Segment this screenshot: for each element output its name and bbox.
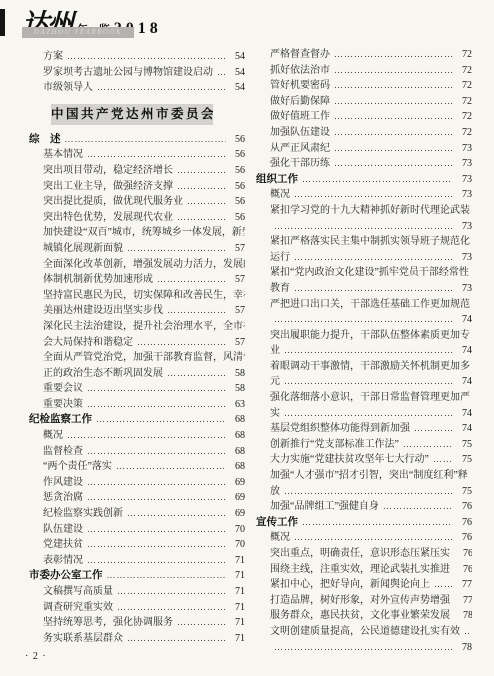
toc-section-entry: 市委办公室工作………………………………………………………………………………………… xyxy=(29,568,245,584)
toc-entry: 加强队伍建设…………………………………………………………………………………………… xyxy=(256,125,472,141)
toc-entry: 基层党组织整体功能得到新加强……………………………………………………………………… xyxy=(256,421,472,437)
section-title-box: 中国共产党达州市委员会 xyxy=(51,104,213,125)
leader-dots: ………………………………………………………………………………………………………… xyxy=(87,490,226,506)
page-number: 68 xyxy=(229,412,245,428)
toc-entry: 从严正风肃纪…………………………………………………………………………………………… xyxy=(256,141,472,157)
page-number: 57 xyxy=(229,303,245,319)
entry-title: 加强“人才强市”招才引智，突出“制度红利”释 xyxy=(270,468,468,484)
leader-dots: ………………………………………………………………………………………………………… xyxy=(434,577,453,593)
page-number: 71 xyxy=(229,615,245,631)
page-number: 76 xyxy=(457,546,472,562)
entry-title-continued: 会大局保持和谐稳定 xyxy=(43,335,133,351)
page-number: 73 xyxy=(456,250,472,266)
entry-title: 围绕主线，注重实效，理论武装扎实推进 xyxy=(270,562,450,578)
entry-title: 概况 xyxy=(270,187,290,203)
leader-dots: ………………………………………………………………………………………………………… xyxy=(127,631,226,647)
toc-entry: 重要会议………………………………………………………………………………………………… xyxy=(29,381,245,397)
page-number: 72 xyxy=(456,125,472,141)
entry-title: 坚持富民惠民为民，切实保障和改善民生，幸福 xyxy=(43,288,245,304)
leader-dots: ………………………………………………………………………………………………………… xyxy=(97,80,226,96)
page-number: 71 xyxy=(229,553,245,569)
page-number: 72 xyxy=(456,78,472,94)
toc-entry: 方案……………………………………………………………………………………………………… xyxy=(29,49,245,65)
page-number: 56 xyxy=(229,163,245,179)
toc-entry: 重要决策………………………………………………………………………………………………… xyxy=(29,397,245,413)
page-number: 71 xyxy=(229,631,245,647)
entry-title: 大力实施“党建扶贫攻坚年七大行动” xyxy=(270,452,429,468)
entry-title: 市级领导人 xyxy=(43,80,93,96)
entry-title: 调查研究重实效 xyxy=(43,600,113,616)
leader-dots: ………………………………………………………………………………………………………… xyxy=(67,428,226,444)
entry-title: 务实联系基层群众 xyxy=(43,631,123,647)
leader-dots: ………………………………………………………………………………………………………… xyxy=(334,141,453,157)
leader-dots: ………………………………………………………………………………………………………… xyxy=(157,272,226,288)
entry-title: 紧扣学习党的十九大精神抓好新时代理论武装 xyxy=(270,203,470,219)
page-number: 73 xyxy=(456,141,472,157)
section-title: 中国共产党达州市委员会 xyxy=(51,107,213,121)
page-number: 73 xyxy=(456,156,472,172)
page-number: 77 xyxy=(457,593,472,609)
entry-title: 罗家坝考古遗址公园与博物馆建设启动 xyxy=(43,65,213,81)
binding-scan-mark xyxy=(0,9,5,36)
masthead-banner: DAZHOU YEARBOOK xyxy=(22,27,134,38)
leader-dots: ………………………………………………………………………………………………………… xyxy=(334,63,453,79)
leader-dots: ………………………………………………………………………………………………………… xyxy=(334,47,453,63)
entry-title: 抓好依法治市 xyxy=(270,63,330,79)
leader-dots: ………………………………………………………………………………………………………… xyxy=(284,484,453,500)
page-number: 78 xyxy=(457,608,472,624)
toc-entry: 做好后勤保障…………………………………………………………………………………………… xyxy=(256,94,472,110)
page-number: 73 xyxy=(456,281,472,297)
entry-title-continued: 实 xyxy=(270,406,280,422)
entry-title: 文稿撰写高质量 xyxy=(43,584,113,600)
toc-section-entry: 纪检监察工作…………………………………………………………………………………………… xyxy=(29,412,245,428)
entry-title: 重要会议 xyxy=(43,381,83,397)
page-number: 54 xyxy=(229,65,245,81)
leader-dots: ………………………………………………………………………………………………………… xyxy=(294,281,453,297)
leader-dots: ………………………………………………………………………………………………………… xyxy=(274,312,453,328)
toc-entry: 打造品牌，树好形象，对外宣传声势增强…………………………………………………………… xyxy=(256,593,472,609)
page-number: 56 xyxy=(229,179,245,195)
page-number: 72 xyxy=(456,109,472,125)
toc-entry: 紧扣“党内政治文化建设”抓牢党员干部经常性教育……………………………………………… xyxy=(256,265,472,296)
page-number: 56 xyxy=(229,147,245,163)
toc-entry: 管好机要密码…………………………………………………………………………………………… xyxy=(256,78,472,94)
entry-title: 作风建设 xyxy=(43,475,83,491)
toc-entry: 监督检查………………………………………………………………………………………………… xyxy=(29,444,245,460)
leader-dots: ………………………………………………………………………………………………………… xyxy=(403,437,453,453)
leader-dots: ………………………………………………………………………………………………………… xyxy=(87,147,226,163)
entry-title: 紧扣严格落实民主集中制抓实领导班子规范化 xyxy=(270,234,470,250)
entry-title-continued: 城镇化展现新面貌 xyxy=(43,241,123,257)
leader-dots: ………………………………………………………………………………………………………… xyxy=(217,65,226,81)
leader-dots: ………………………………………………………………………………………………………… xyxy=(274,640,453,656)
entry-title: 打造品牌，树好形象，对外宣传声势增强 xyxy=(270,593,450,609)
entry-title: 基本情况 xyxy=(43,147,83,163)
leader-dots: ………………………………………………………………………………………………………… xyxy=(383,499,453,515)
entry-title: 文明创建质量提高，公民道德建设扎实有效 xyxy=(270,624,460,640)
page-number-footer: · 2 · xyxy=(25,651,47,662)
toc-entry: 抓好依法治市…………………………………………………………………………………………… xyxy=(256,63,472,79)
entry-title: 组织工作 xyxy=(256,172,298,188)
toc-entry: 罗家坝考古遗址公园与博物馆建设启动……………………………………………………………… xyxy=(29,65,245,81)
page-number: 54 xyxy=(229,80,245,96)
page-number: 74 xyxy=(456,312,472,328)
yearbook-toc-page: 达州 年 鉴 2018 DAZHOU YEARBOOK 方案…………………………… xyxy=(0,0,494,676)
toc-entry-list: 方案……………………………………………………………………………………………………… xyxy=(29,49,245,96)
entry-title: 队伍建设 xyxy=(43,522,83,538)
entry-title: 服务群众，惠民扶贫，文化事业繁荣发展 xyxy=(270,608,450,624)
entry-title-continued: 放 xyxy=(270,484,280,500)
toc-entry: 围绕主线，注重实效，理论武装扎实推进…………………………………………………………… xyxy=(256,562,472,578)
leader-dots: ………………………………………………………………………………………………………… xyxy=(464,624,469,640)
entry-title: 惩贪治腐 xyxy=(43,490,83,506)
page-number: 71 xyxy=(229,568,245,584)
entry-title: 纪检监察实践创新 xyxy=(43,506,123,522)
toc-entry: 严格督查督办…………………………………………………………………………………………… xyxy=(256,47,472,63)
entry-title-continued: 业 xyxy=(270,343,280,359)
toc-entry: 全面深化改革创新，增强发展动力活力，发展的体制机制新优势加速形成……………………… xyxy=(29,257,245,288)
leader-dots: ………………………………………………………………………………………………………… xyxy=(414,421,453,437)
leader-dots: ………………………………………………………………………………………………………… xyxy=(127,506,226,522)
page-number: 71 xyxy=(229,600,245,616)
toc-entry: 服务群众，惠民扶贫，文化事业繁荣发展…………………………………………………………… xyxy=(256,608,472,624)
entry-title: 突出提比提质，做优现代服务业 xyxy=(43,194,183,210)
entry-title: 突出项目带动，稳定经济增长 xyxy=(43,163,173,179)
leader-dots: ………………………………………………………………………………………………………… xyxy=(87,475,226,491)
leader-dots: ………………………………………………………………………………………………………… xyxy=(87,522,226,538)
entry-title-continued: 美丽达州建设迈出坚实步伐 xyxy=(43,303,163,319)
toc-entry: 调查研究重实效………………………………………………………………………………………… xyxy=(29,600,245,616)
leader-dots: ………………………………………………………………………………………………………… xyxy=(65,132,227,148)
entry-title: 做好后勤保障 xyxy=(270,94,330,110)
toc-entry-list: 综 述…………………………………………………………………………………………………… xyxy=(29,132,245,647)
leader-dots: ………………………………………………………………………………………………………… xyxy=(284,374,453,390)
page-number: 74 xyxy=(456,343,472,359)
page-number: 68 xyxy=(229,428,245,444)
toc-entry: 突出工业主导，做强经济支撑………………………………………………………………………… xyxy=(29,179,245,195)
toc-entry: 严把进口出口关，干部选任基础工作更加规范……………………………………………………… xyxy=(256,297,472,328)
page-number: 69 xyxy=(229,506,245,522)
leader-dots: ………………………………………………………………………………………………………… xyxy=(177,163,226,179)
leader-dots: ………………………………………………………………………………………………………… xyxy=(137,335,226,351)
page-number: 63 xyxy=(229,397,245,413)
entry-title: “两个责任”落实 xyxy=(43,459,112,475)
leader-dots: ………………………………………………………………………………………………………… xyxy=(177,615,226,631)
leader-dots: ………………………………………………………………………………………………………… xyxy=(334,78,453,94)
leader-dots: ………………………………………………………………………………………………………… xyxy=(116,459,226,475)
toc-entry: 做好值班工作…………………………………………………………………………………………… xyxy=(256,109,472,125)
page-number: 72 xyxy=(456,94,472,110)
page-number: 68 xyxy=(229,444,245,460)
entry-title: 概况 xyxy=(43,428,63,444)
toc-entry: 概况……………………………………………………………………………………………………… xyxy=(29,428,245,444)
toc-entry: 概况……………………………………………………………………………………………………… xyxy=(256,187,472,203)
toc-entry: 紧扣中心，把好导向，新闻舆论向上………………………………………………………………… xyxy=(256,577,472,593)
entry-title: 突出工业主导，做强经济支撑 xyxy=(43,179,173,195)
page-number: 72 xyxy=(456,63,472,79)
toc-entry: 突出项目带动，稳定经济增长………………………………………………………………………… xyxy=(29,163,245,179)
page-number: 56 xyxy=(229,210,245,226)
page-number: 76 xyxy=(456,530,472,546)
leader-dots: ………………………………………………………………………………………………………… xyxy=(87,553,226,569)
entry-title: 做好值班工作 xyxy=(270,109,330,125)
page-number: 57 xyxy=(229,272,245,288)
page-number: 77 xyxy=(456,577,472,593)
leader-dots: ………………………………………………………………………………………………………… xyxy=(117,600,226,616)
toc-entry: 着眼调动干事激情，干部激励关怀机制更加多元…………………………………………………… xyxy=(256,359,472,390)
page-number: 73 xyxy=(456,219,472,235)
toc-right-column: 严格督查督办…………………………………………………………………………………………… xyxy=(256,47,472,655)
toc-entry: 务实联系基层群众……………………………………………………………………………………… xyxy=(29,631,245,647)
toc-entry: 党建扶贫………………………………………………………………………………………………… xyxy=(29,537,245,553)
leader-dots: ………………………………………………………………………………………………………… xyxy=(87,444,226,460)
toc-entry: “两个责任”落实……………………………………………………………………………………… xyxy=(29,459,245,475)
leader-dots: ………………………………………………………………………………………………………… xyxy=(334,109,453,125)
page-number: 70 xyxy=(229,537,245,553)
leader-dots: ………………………………………………………………………………………………………… xyxy=(302,515,453,531)
toc-entry: 突出重点，明确责任，意识形态压紧压实…………………………………………………………… xyxy=(256,546,472,562)
entry-title: 党建扶贫 xyxy=(43,537,83,553)
toc-entry: 惩贪治腐………………………………………………………………………………………………… xyxy=(29,490,245,506)
entry-title: 突出履职能力提升，干部队伍整体素质更加专 xyxy=(270,328,470,344)
leader-dots: ………………………………………………………………………………………………………… xyxy=(284,343,453,359)
page-number: 71 xyxy=(229,584,245,600)
page-number: 58 xyxy=(229,381,245,397)
toc-entry: 突出履职能力提升，干部队伍整体素质更加专业…………………………………………………… xyxy=(256,328,472,359)
leader-dots: ………………………………………………………………………………………………………… xyxy=(87,397,226,413)
entry-title-continued: 元 xyxy=(270,374,280,390)
toc-entry: 基本情况………………………………………………………………………………………………… xyxy=(29,147,245,163)
entry-title-continued: 运行 xyxy=(270,250,290,266)
leader-dots: ………………………………………………………………………………………………………… xyxy=(294,250,453,266)
leader-dots: ………………………………………………………………………………………………………… xyxy=(334,94,453,110)
page-number: 56 xyxy=(229,132,245,148)
entry-title: 监督检查 xyxy=(43,444,83,460)
toc-entry: 加强“人才强市”招才引智，突出“制度红利”释放……………………………………………… xyxy=(256,468,472,499)
toc-entry: 队伍建设………………………………………………………………………………………………… xyxy=(29,522,245,538)
page-number: 74 xyxy=(456,374,472,390)
entry-title: 深化民主法治建设，提升社会治理水平，全市社 xyxy=(43,319,245,335)
leader-dots: ………………………………………………………………………………………………………… xyxy=(67,49,226,65)
entry-title: 全面从严管党治党，加强干部教育监督，风清气 xyxy=(43,350,245,366)
page-number: 54 xyxy=(229,49,245,65)
leader-dots: ………………………………………………………………………………………………………… xyxy=(96,412,226,428)
entry-title: 紧扣中心，把好导向，新闻舆论向上 xyxy=(270,577,430,593)
toc-entry: 表彰情况………………………………………………………………………………………………… xyxy=(29,553,245,569)
page-number: 56 xyxy=(229,194,245,210)
entry-title: 突出重点，明确责任，意识形态压紧压实 xyxy=(270,546,450,562)
toc-entry: 坚持富民惠民为民，切实保障和改善民生，幸福美丽达州建设迈出坚实步伐…………………… xyxy=(29,288,245,319)
page-number: 68 xyxy=(229,459,245,475)
leader-dots: ………………………………………………………………………………………………………… xyxy=(167,303,226,319)
toc-section-entry: 宣传工作………………………………………………………………………………………………… xyxy=(256,515,472,531)
page-number: 76 xyxy=(456,515,472,531)
entry-title: 着眼调动干事激情，干部激励关怀机制更加多 xyxy=(270,359,470,375)
entry-title: 宣传工作 xyxy=(256,515,298,531)
page-number: 57 xyxy=(229,335,245,351)
page-number: 57 xyxy=(229,241,245,257)
page-number: 74 xyxy=(456,421,472,437)
entry-title: 市委办公室工作 xyxy=(29,568,103,584)
page-number: 74 xyxy=(456,406,472,422)
entry-title: 严格督查督办 xyxy=(270,47,330,63)
toc-entry: 加快建设“双百”城市，统筹城乡一体发展，新型城镇化展现新面貌…………………………… xyxy=(29,225,245,256)
leader-dots: ………………………………………………………………………………………………………… xyxy=(167,366,226,382)
page-number: 75 xyxy=(456,452,472,468)
leader-dots: ………………………………………………………………………………………………………… xyxy=(302,172,453,188)
leader-dots: ………………………………………………………………………………………………………… xyxy=(294,187,453,203)
entry-title: 强化干部历练 xyxy=(270,156,330,172)
entry-title: 全面深化改革创新，增强发展动力活力，发展的 xyxy=(43,257,245,273)
entry-title: 方案 xyxy=(43,49,63,65)
toc-entry: 突出特色优势，发展现代农业………………………………………………………………………… xyxy=(29,210,245,226)
page-number: 69 xyxy=(229,475,245,491)
entry-title: 综 述 xyxy=(29,132,61,148)
leader-dots: ………………………………………………………………………………………………………… xyxy=(187,194,226,210)
toc-entry: 大力实施“党建扶贫攻坚年七大行动”……………………………………………………………… xyxy=(256,452,472,468)
entry-title-continued: 正的政治生态不断巩固发展 xyxy=(43,366,163,382)
entry-title: 概况 xyxy=(270,530,290,546)
toc-entry: 突出提比提质，做优现代服务业……………………………………………………………………… xyxy=(29,194,245,210)
toc-entry: 概况……………………………………………………………………………………………………… xyxy=(256,530,472,546)
entry-title-continued: 教育 xyxy=(270,281,290,297)
entry-title: 从严正风肃纪 xyxy=(270,141,330,157)
leader-dots: ………………………………………………………………………………………………………… xyxy=(274,219,453,235)
entry-title: 加强“品牌组工”强健自身 xyxy=(270,499,379,515)
page-number: 76 xyxy=(456,499,472,515)
entry-title: 突出特色优势，发展现代农业 xyxy=(43,210,173,226)
entry-title: 严把进口出口关，干部选任基础工作更加规范 xyxy=(270,297,470,313)
page-number: 69 xyxy=(229,490,245,506)
page-number: 78 xyxy=(456,640,472,656)
toc-entry: 全面从严管党治党，加强干部教育监督，风清气正的政治生态不断巩固发展…………………… xyxy=(29,350,245,381)
leader-dots: ………………………………………………………………………………………………………… xyxy=(334,125,453,141)
entry-title-continued: 体制机制新优势加速形成 xyxy=(43,272,153,288)
page-number: 75 xyxy=(456,437,472,453)
toc-entry: 深化民主法治建设，提升社会治理水平，全市社会大局保持和谐稳定…………………………… xyxy=(29,319,245,350)
leader-dots: ………………………………………………………………………………………………………… xyxy=(294,530,453,546)
entry-title: 创新推行“党支部标准工作法” xyxy=(270,437,399,453)
toc-entry: 创新推行“党支部标准工作法”……………………………………………………………………… xyxy=(256,437,472,453)
page-number: 70 xyxy=(229,522,245,538)
toc-entry: 市级领导人……………………………………………………………………………………………… xyxy=(29,80,245,96)
leader-dots: ………………………………………………………………………………………………………… xyxy=(127,241,226,257)
page-number: 76 xyxy=(457,562,472,578)
leader-dots: ………………………………………………………………………………………………………… xyxy=(87,537,226,553)
toc-entry: 加强“品牌组工”强健自身…………………………………………………………………………… xyxy=(256,499,472,515)
entry-title: 基层党组织整体功能得到新加强 xyxy=(270,421,410,437)
entry-title: 坚持统筹思考，强化协调服务 xyxy=(43,615,173,631)
entry-title: 表彰情况 xyxy=(43,553,83,569)
toc-entry: 纪检监察实践创新……………………………………………………………………………………… xyxy=(29,506,245,522)
leader-dots: ………………………………………………………………………………………………………… xyxy=(107,568,227,584)
entry-title: 重要决策 xyxy=(43,397,83,413)
page-number: 58 xyxy=(229,366,245,382)
leader-dots: ………………………………………………………………………………………………………… xyxy=(87,381,226,397)
toc-entry: 坚持统筹思考，强化协调服务………………………………………………………………………… xyxy=(29,615,245,631)
entry-title: 加快建设“双百”城市，统筹城乡一体发展，新型 xyxy=(43,225,245,241)
entry-title: 纪检监察工作 xyxy=(29,412,92,428)
leader-dots: ………………………………………………………………………………………………………… xyxy=(117,584,226,600)
toc-entry: 文稿撰写高质量………………………………………………………………………………………… xyxy=(29,584,245,600)
entry-title: 管好机要密码 xyxy=(270,78,330,94)
leader-dots: ………………………………………………………………………………………………………… xyxy=(433,452,453,468)
page-number: 73 xyxy=(456,172,472,188)
toc-entry: 紧扣学习党的十九大精神抓好新时代理论武装……………………………………………………… xyxy=(256,203,472,234)
entry-title: 加强队伍建设 xyxy=(270,125,330,141)
page-number: 72 xyxy=(456,47,472,63)
leader-dots: ………………………………………………………………………………………………………… xyxy=(177,210,226,226)
toc-section-entry: 综 述…………………………………………………………………………………………………… xyxy=(29,132,245,148)
page-number: 73 xyxy=(456,187,472,203)
leader-dots: ………………………………………………………………………………………………………… xyxy=(284,406,453,422)
page-number: 75 xyxy=(456,484,472,500)
entry-title: 强化落细落小意识，干部日常监督管理更加严 xyxy=(270,390,470,406)
toc-entry: 强化落细落小意识，干部日常监督管理更加严实…………………………………………………… xyxy=(256,390,472,421)
toc-entry: 强化干部历练…………………………………………………………………………………………… xyxy=(256,156,472,172)
leader-dots: ………………………………………………………………………………………………………… xyxy=(177,179,226,195)
toc-entry: 文明创建质量提高，公民道德建设扎实有效………………………………………………………… xyxy=(256,624,472,655)
toc-entry: 紧扣严格落实民主集中制抓实领导班子规范化运行………………………………………………… xyxy=(256,234,472,265)
leader-dots: ………………………………………………………………………………………………………… xyxy=(334,156,453,172)
entry-title: 紧扣“党内政治文化建设”抓牢党员干部经常性 xyxy=(270,265,469,281)
toc-left-column: 方案……………………………………………………………………………………………………… xyxy=(29,49,245,646)
toc-section-entry: 组织工作………………………………………………………………………………………………… xyxy=(256,172,472,188)
toc-entry-list: 严格督查督办…………………………………………………………………………………………… xyxy=(256,47,472,655)
toc-entry: 作风建设………………………………………………………………………………………………… xyxy=(29,475,245,491)
